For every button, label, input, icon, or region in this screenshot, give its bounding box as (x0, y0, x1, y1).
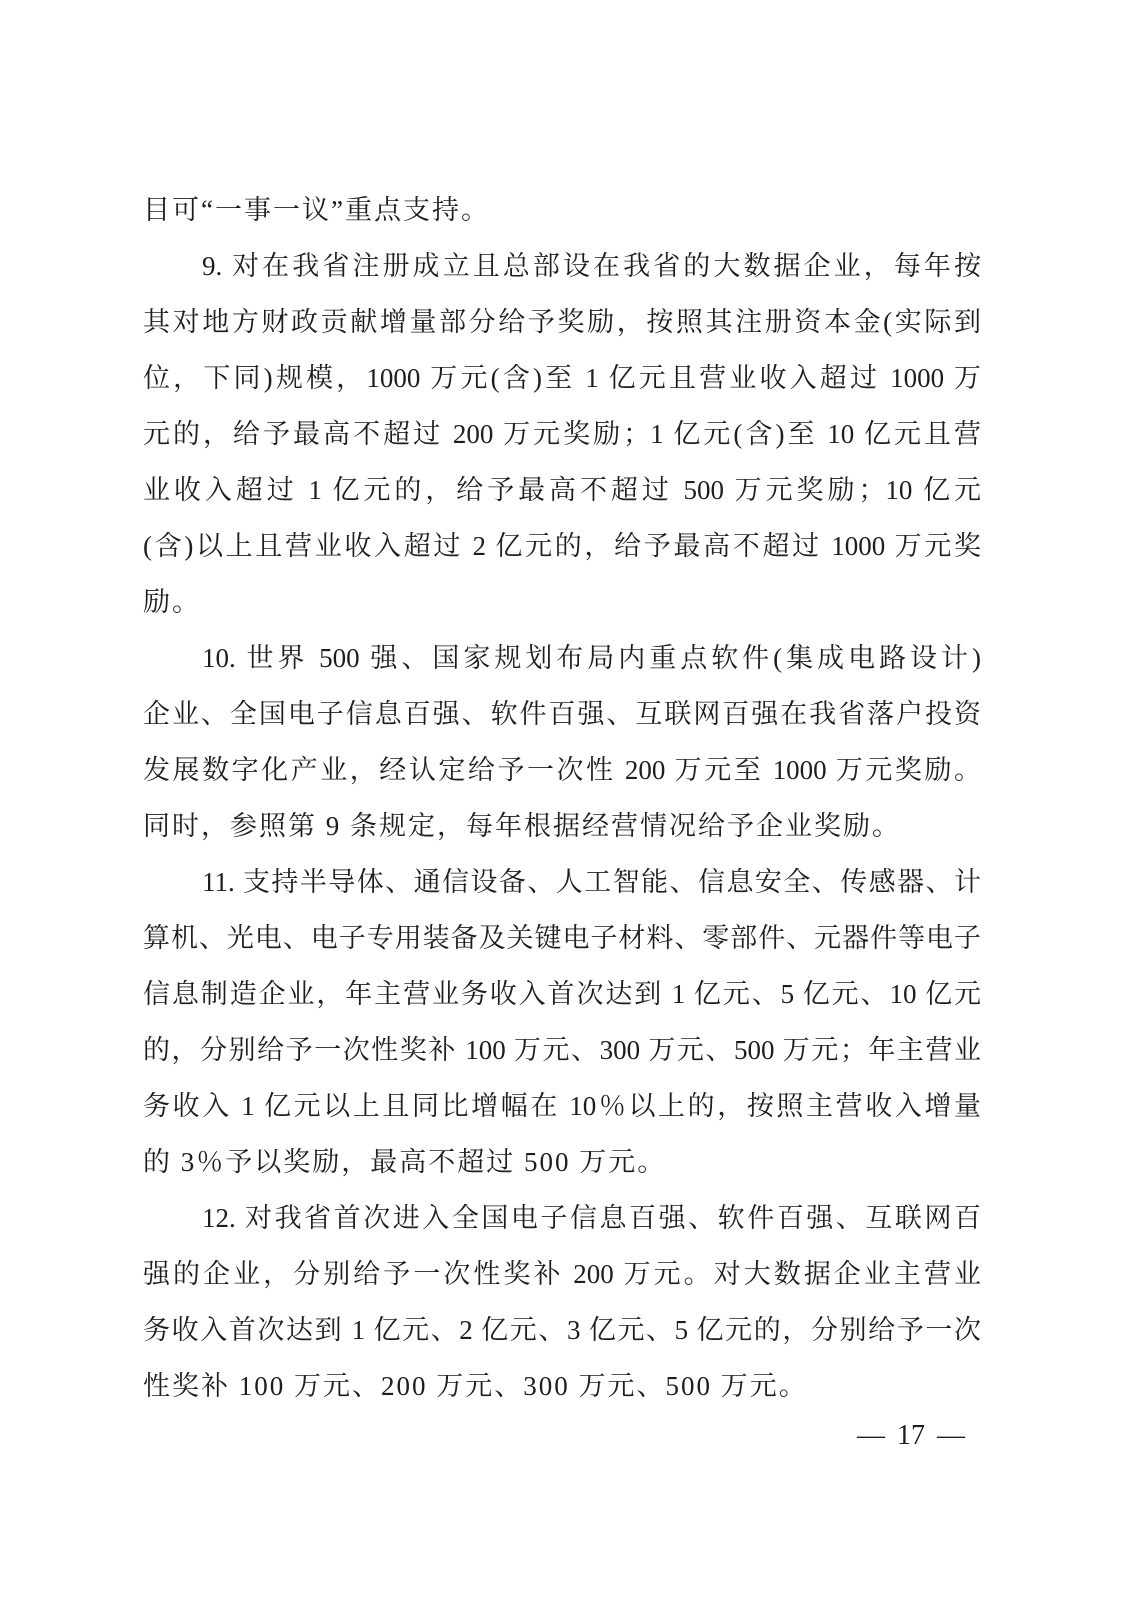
document-line: (含)以上且营业收入超过 2 亿元的，给予最高不超过 1000 万元奖 (143, 518, 981, 574)
document-page: 目可“一事一议”重点支持。 9. 对在我省注册成立且总部设在我省的大数据企业，每… (0, 0, 1125, 1600)
document-line: 发展数字化产业，经认定给予一次性 200 万元至 1000 万元奖励。 (143, 742, 981, 798)
document-line: 业收入超过 1 亿元的，给予最高不超过 500 万元奖励；10 亿元 (143, 462, 981, 518)
page-number: —17— (857, 1421, 965, 1451)
document-line: 的，分别给予一次性奖补 100 万元、300 万元、500 万元；年主营业 (143, 1022, 981, 1078)
page-number-dash-left: — (857, 1421, 885, 1451)
page-number-dash-right: — (937, 1421, 965, 1451)
document-line: 算机、光电、电子专用装备及关键电子材料、零部件、元器件等电子 (143, 910, 981, 966)
document-line: 同时，参照第 9 条规定，每年根据经营情况给予企业奖励。 (143, 798, 981, 854)
document-line: 目可“一事一议”重点支持。 (143, 182, 981, 238)
document-line: 励。 (143, 574, 981, 630)
document-line-item-10-start: 10. 世界 500 强、国家规划布局内重点软件(集成电路设计) (143, 630, 981, 686)
document-line-item-12-start: 12. 对我省首次进入全国电子信息百强、软件百强、互联网百 (143, 1190, 981, 1246)
document-line: 强的企业，分别给予一次性奖补 200 万元。对大数据企业主营业 (143, 1246, 981, 1302)
document-line: 信息制造企业，年主营业务收入首次达到 1 亿元、5 亿元、10 亿元 (143, 966, 981, 1022)
document-line: 务收入 1 亿元以上且同比增幅在 10％以上的，按照主营收入增量 (143, 1078, 981, 1134)
document-line: 务收入首次达到 1 亿元、2 亿元、3 亿元、5 亿元的，分别给予一次 (143, 1302, 981, 1358)
document-line: 位，下同)规模，1000 万元(含)至 1 亿元且营业收入超过 1000 万 (143, 350, 981, 406)
document-line: 企业、全国电子信息百强、软件百强、互联网百强在我省落户投资 (143, 686, 981, 742)
document-line-item-11-start: 11. 支持半导体、通信设备、人工智能、信息安全、传感器、计 (143, 854, 981, 910)
document-body: 目可“一事一议”重点支持。 9. 对在我省注册成立且总部设在我省的大数据企业，每… (143, 182, 981, 1414)
document-line: 元的，给予最高不超过 200 万元奖励；1 亿元(含)至 10 亿元且营 (143, 406, 981, 462)
document-line: 其对地方财政贡献增量部分给予奖励，按照其注册资本金(实际到 (143, 294, 981, 350)
document-line-item-9-start: 9. 对在我省注册成立且总部设在我省的大数据企业，每年按 (143, 238, 981, 294)
page-number-value: 17 (897, 1421, 925, 1451)
document-line: 的 3％予以奖励，最高不超过 500 万元。 (143, 1134, 981, 1190)
document-line: 性奖补 100 万元、200 万元、300 万元、500 万元。 (143, 1358, 981, 1414)
